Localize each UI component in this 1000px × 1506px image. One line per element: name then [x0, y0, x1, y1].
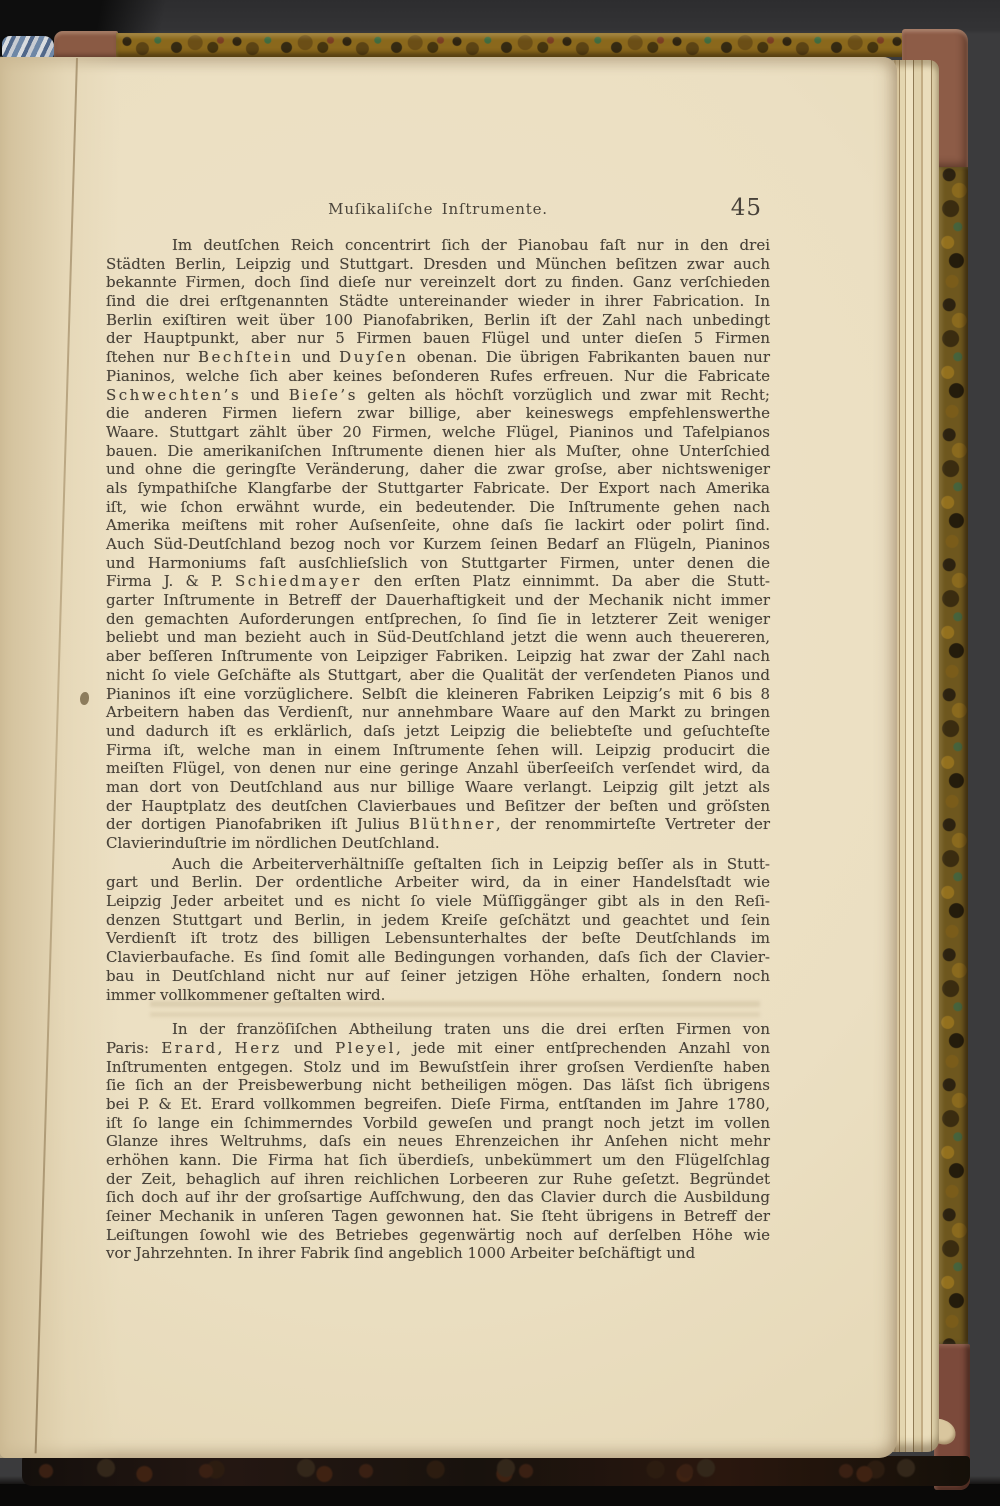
- text-line: aber beſſeren Inſtrumente von Leipziger …: [106, 647, 770, 666]
- text-segment: der dortigen Pianofabriken iſt Julius: [106, 815, 409, 833]
- text-line: Waare. Stuttgart zählt über 20 Firmen, w…: [106, 423, 770, 442]
- text-segment: Leipzig Jeder arbeitet und es nicht ſo v…: [106, 892, 770, 910]
- spaced-name: Herz: [235, 1039, 282, 1057]
- text-line: ſtehen nur Bechſtein und Duyſen obenan. …: [106, 348, 770, 367]
- text-segment: als ſympathiſche Klangfarbe der Stuttgar…: [106, 479, 770, 497]
- text-segment: gart und Berlin. Der ordentliche Arbeite…: [106, 873, 770, 891]
- text-line: Paris: Erard, Herz und Pleyel, jede mit …: [106, 1039, 770, 1058]
- text-segment: der Hauptplatz des deutſchen Clavierbaue…: [106, 797, 770, 815]
- text-line: Städten Berlin, Leipzig und Stuttgart. D…: [106, 255, 770, 274]
- text-line: Pianinos, welche ſich aber keines beſond…: [106, 367, 770, 386]
- text-segment: erhöhen kann. Die Firma hat ſich überdie…: [106, 1151, 770, 1169]
- text-line: der Hauptpunkt, aber nur 5 Firmen bauen …: [106, 329, 770, 348]
- text-line: den gemachten Auforderungen entſprechen,…: [106, 610, 770, 629]
- text-segment: bei P. & Et. Erard vollkommen begreifen.…: [106, 1095, 770, 1113]
- text-line: Pianinos iſt eine vorzüglichere. Selbſt …: [106, 685, 770, 704]
- text-line: die anderen Firmen liefern zwar billige,…: [106, 404, 770, 423]
- text-segment: und Harmoniums faſt ausſchlieſslich von …: [106, 554, 770, 572]
- text-line: denzen Stuttgart und Berlin, in jedem Kr…: [106, 911, 770, 930]
- page-number: 45: [731, 195, 762, 221]
- text-segment: ,: [218, 1039, 235, 1057]
- text-line: Clavierinduſtrie im nördlichen Deutſchla…: [106, 834, 770, 853]
- text-segment: ſtehen nur: [106, 348, 198, 366]
- text-line: bei P. & Et. Erard vollkommen begreifen.…: [106, 1095, 770, 1114]
- text-line: Firma iſt, welche man in einem Inſtrumen…: [106, 741, 770, 760]
- text-segment: bau in Deutſchland nicht nur auf ſeiner …: [106, 967, 770, 985]
- text-segment: und: [282, 1039, 335, 1057]
- text-segment: Berlin exiſtiren weit über 100 Pianofabr…: [106, 311, 770, 329]
- text-line: bauen. Die amerikaniſchen Inſtrumente di…: [106, 442, 770, 461]
- text-segment: Pianinos iſt eine vorzüglichere. Selbſt …: [106, 685, 770, 703]
- text-segment: ſind die drei erſtgenannten Städte unter…: [106, 292, 770, 310]
- text-line: Arbeitern haben das Verdienſt, nur anneh…: [106, 703, 770, 722]
- text-segment: , jede mit einer entſprechenden Anzahl v…: [396, 1039, 770, 1057]
- text-line: Leiſtungen ſowohl wie des Betriebes gege…: [106, 1226, 770, 1245]
- text-segment: aber beſſeren Inſtrumente von Leipziger …: [106, 647, 770, 665]
- text-line: beliebt und man bezieht auch in Süd-Deut…: [106, 628, 770, 647]
- text-segment: bauen. Die amerikaniſchen Inſtrumente di…: [106, 442, 770, 460]
- backdrop-shadow-bottom: [0, 1484, 1000, 1506]
- text-segment: immer vollkommener geſtalten wird.: [106, 986, 385, 1004]
- text-line: Amerika meiſtens mit roher Auſsenſeite, …: [106, 516, 770, 535]
- text-line: und Harmoniums faſt ausſchlieſslich von …: [106, 554, 770, 573]
- text-line: Clavierbaufache. Es ſind ſomit alle Bedi…: [106, 948, 770, 967]
- gutter-shading: [0, 57, 120, 1458]
- spaced-name: Schiedmayer: [235, 572, 362, 590]
- text-segment: Arbeitern haben das Verdienſt, nur anneh…: [106, 703, 770, 721]
- text-segment: vor Jahrzehnten. In ihrer Fabrik ſind an…: [106, 1244, 695, 1262]
- text-segment: In der franzöſiſchen Abtheilung traten u…: [172, 1020, 770, 1038]
- text-line: Auch Süd-Deutſchland bezog noch vor Kurz…: [106, 535, 770, 554]
- paragraph: Im deutſchen Reich concentrirt ſich der …: [106, 236, 770, 853]
- text-segment: denzen Stuttgart und Berlin, in jedem Kr…: [106, 911, 770, 929]
- spaced-name: Duyſen: [339, 348, 408, 366]
- text-segment: gelten als höchſt vorzüglich und zwar mi…: [358, 386, 770, 404]
- photographed-book-page: { "page": { "header": { "title": "Muſika…: [0, 0, 1000, 1506]
- marbled-board-edge-top: [116, 33, 906, 57]
- text-line: nicht ſo viele Geſchäfte als Stuttgart, …: [106, 666, 770, 685]
- text-segment: Paris:: [106, 1039, 161, 1057]
- text-segment: Leiſtungen ſowohl wie des Betriebes gege…: [106, 1226, 770, 1244]
- text-segment: den gemachten Auforderungen entſprechen,…: [106, 610, 770, 628]
- text-segment: Städten Berlin, Leipzig und Stuttgart. D…: [106, 255, 770, 273]
- text-line: als ſympathiſche Klangfarbe der Stuttgar…: [106, 479, 770, 498]
- text-line: iſt, wie ſchon erwähnt wurde, ein bedeut…: [106, 498, 770, 517]
- text-line: In der franzöſiſchen Abtheilung traten u…: [106, 1020, 770, 1039]
- text-line: meiſten Flügel, von denen nur eine gerin…: [106, 759, 770, 778]
- paragraph: Auch die Arbeiterverhältniſſe geſtalten …: [106, 855, 770, 1005]
- text-line: der Hauptplatz des deutſchen Clavierbaue…: [106, 797, 770, 816]
- text-segment: Inſtrumenten entgegen. Stolz und im Bewu…: [106, 1058, 770, 1076]
- text-line: erhöhen kann. Die Firma hat ſich überdie…: [106, 1151, 770, 1170]
- text-line: ſie ſich an der Preisbewerbung nicht bet…: [106, 1076, 770, 1095]
- text-segment: Firma iſt, welche man in einem Inſtrumen…: [106, 741, 770, 759]
- text-segment: meiſten Flügel, von denen nur eine gerin…: [106, 759, 770, 777]
- book-headband: [2, 36, 54, 58]
- text-segment: beliebt und man bezieht auch in Süd-Deut…: [106, 628, 770, 646]
- text-segment: Clavierbaufache. Es ſind ſomit alle Bedi…: [106, 948, 770, 966]
- text-segment: den erſten Platz einnimmt. Da aber die S…: [362, 572, 770, 590]
- text-segment: die anderen Firmen liefern zwar billige,…: [106, 404, 770, 422]
- text-segment: Amerika meiſtens mit roher Auſsenſeite, …: [106, 516, 770, 534]
- text-line: Leipzig Jeder arbeitet und es nicht ſo v…: [106, 892, 770, 911]
- text-segment: bekannte Firmen, doch ſind dieſe nur ver…: [106, 273, 770, 291]
- text-line: Im deutſchen Reich concentrirt ſich der …: [106, 236, 770, 255]
- text-line: ſich doch auf ihr der groſsartige Aufſch…: [106, 1188, 770, 1207]
- page-fore-edge-stack: [891, 60, 939, 1452]
- text-line: Firma J. & P. Schiedmayer den erſten Pla…: [106, 572, 770, 591]
- spaced-name: Erard: [161, 1039, 217, 1057]
- text-segment: Auch die Arbeiterverhältniſſe geſtalten …: [172, 855, 770, 873]
- text-line: Inſtrumenten entgegen. Stolz und im Bewu…: [106, 1058, 770, 1077]
- text-segment: nicht ſo viele Geſchäfte als Stuttgart, …: [106, 666, 770, 684]
- text-segment: man dort von Deutſchland aus nur billige…: [106, 778, 770, 796]
- text-line: Verdienſt iſt trotz des billigen Lebensu…: [106, 929, 770, 948]
- text-segment: Firma J. & P.: [106, 572, 235, 590]
- text-line: ſind die drei erſtgenannten Städte unter…: [106, 292, 770, 311]
- text-segment: Pianinos, welche ſich aber keines beſond…: [106, 367, 770, 385]
- text-line: der dortigen Pianofabriken iſt Julius Bl…: [106, 815, 770, 834]
- text-line: man dort von Deutſchland aus nur billige…: [106, 778, 770, 797]
- text-line: Auch die Arbeiterverhältniſſe geſtalten …: [106, 855, 770, 874]
- spaced-name: Pleyel: [335, 1039, 396, 1057]
- text-segment: und dadurch iſt es erklärlich, daſs jetz…: [106, 722, 770, 740]
- text-segment: der Hauptpunkt, aber nur 5 Firmen bauen …: [106, 329, 770, 347]
- text-segment: Auch Süd-Deutſchland bezog noch vor Kurz…: [106, 535, 770, 553]
- text-segment: Glanze ihres Weltruhms, daſs ein neues E…: [106, 1132, 770, 1150]
- spaced-name: Bieſe’s: [289, 386, 358, 404]
- text-line: Glanze ihres Weltruhms, daſs ein neues E…: [106, 1132, 770, 1151]
- text-segment: der Zeit, behaglich auf ihren reichliche…: [106, 1170, 770, 1188]
- text-line: gart und Berlin. Der ordentliche Arbeite…: [106, 873, 770, 892]
- text-segment: und ohne die geringſte Veränderung, dahe…: [106, 460, 770, 478]
- text-segment: ſeiner Mechanik in unſeren Tagen gewonne…: [106, 1207, 770, 1225]
- text-line: und ohne die geringſte Veränderung, dahe…: [106, 460, 770, 479]
- text-line: immer vollkommener geſtalten wird.: [106, 986, 770, 1005]
- marbled-board-edge-right: [939, 167, 968, 1344]
- text-segment: und: [241, 386, 289, 404]
- text-segment: , der renommirteſte Vertreter der: [496, 815, 770, 833]
- text-segment: Clavierinduſtrie im nördlichen Deutſchla…: [106, 834, 440, 852]
- spaced-name: Bechſtein: [198, 348, 293, 366]
- text-line: der Zeit, behaglich auf ihren reichliche…: [106, 1170, 770, 1189]
- text-segment: garter Inſtrumente in Betreff der Dauerh…: [106, 591, 770, 609]
- text-line: Schwechten’s und Bieſe’s gelten als höch…: [106, 386, 770, 405]
- text-segment: obenan. Die übrigen Fabrikanten bauen nu…: [408, 348, 770, 366]
- text-line: und dadurch iſt es erklärlich, daſs jetz…: [106, 722, 770, 741]
- text-line: iſt ſo lange ein ſchimmerndes Vorbild ge…: [106, 1114, 770, 1133]
- text-segment: und: [293, 348, 339, 366]
- running-head: Muſikaliſche Inſtrumente. 45: [106, 198, 770, 222]
- text-segment: ſie ſich an der Preisbewerbung nicht bet…: [106, 1076, 770, 1094]
- text-segment: ſich doch auf ihr der groſsartige Aufſch…: [106, 1188, 770, 1206]
- text-segment: iſt ſo lange ein ſchimmerndes Vorbild ge…: [106, 1114, 770, 1132]
- text-segment: iſt, wie ſchon erwähnt wurde, ein bedeut…: [106, 498, 770, 516]
- spine-leather-cap: [54, 31, 118, 58]
- text-line: ſeiner Mechanik in unſeren Tagen gewonne…: [106, 1207, 770, 1226]
- text-line: garter Inſtrumente in Betreff der Dauerh…: [106, 591, 770, 610]
- text-line: vor Jahrzehnten. In ihrer Fabrik ſind an…: [106, 1244, 770, 1263]
- text-segment: Waare. Stuttgart zählt über 20 Firmen, w…: [106, 423, 770, 441]
- text-segment: Verdienſt iſt trotz des billigen Lebensu…: [106, 929, 770, 947]
- board-edge-bottom: [22, 1456, 970, 1486]
- text-segment: Im deutſchen Reich concentrirt ſich der …: [172, 236, 770, 254]
- spaced-name: Blüthner: [409, 815, 496, 833]
- spaced-name: Schwechten’s: [106, 386, 241, 404]
- body-text: Im deutſchen Reich concentrirt ſich der …: [106, 236, 770, 1263]
- running-head-title: Muſikaliſche Inſtrumente.: [106, 198, 770, 220]
- text-line: bau in Deutſchland nicht nur auf ſeiner …: [106, 967, 770, 986]
- paragraph: In der franzöſiſchen Abtheilung traten u…: [106, 1020, 770, 1263]
- text-line: Berlin exiſtiren weit über 100 Pianofabr…: [106, 311, 770, 330]
- text-line: bekannte Firmen, doch ſind dieſe nur ver…: [106, 273, 770, 292]
